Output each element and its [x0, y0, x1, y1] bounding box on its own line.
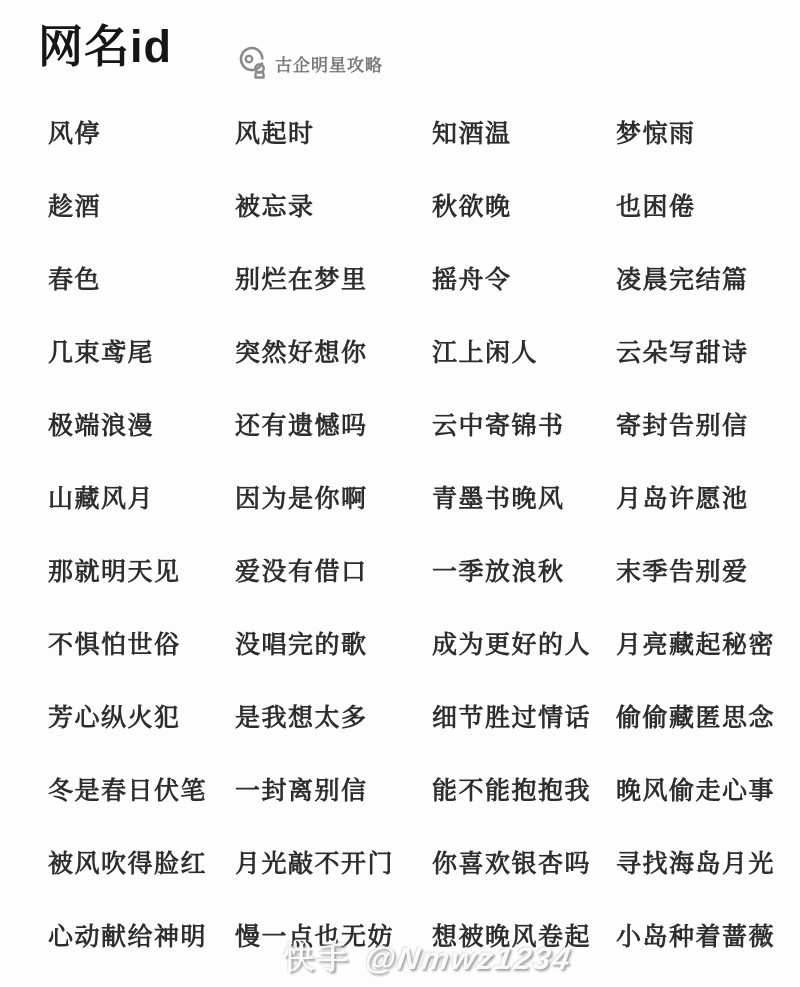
nickname-item: 寄封告别信 — [616, 406, 776, 442]
nickname-item: 因为是你啊 — [235, 479, 432, 515]
nickname-item: 也困倦 — [616, 187, 776, 223]
nickname-item: 江上闲人 — [432, 333, 616, 369]
nickname-item: 想被晚风卷起 — [432, 917, 616, 953]
channel-watermark-label: 古企明星攻略 — [275, 51, 383, 76]
nickname-item: 爱没有借口 — [235, 552, 432, 588]
nickname-item: 青墨书晚风 — [432, 479, 616, 515]
nickname-item: 别烂在梦里 — [235, 260, 432, 296]
nickname-item: 那就明天见 — [48, 552, 235, 588]
nickname-item: 云朵写甜诗 — [616, 333, 776, 369]
nickname-item: 风起时 — [235, 114, 432, 150]
nickname-item: 风停 — [48, 114, 235, 150]
nickname-item: 不惧怕世俗 — [48, 625, 235, 661]
nickname-item: 趁酒 — [48, 187, 235, 223]
nickname-item: 晚风偷走心事 — [616, 771, 776, 807]
nickname-item: 极端浪漫 — [48, 406, 235, 442]
nickname-item: 一封离别信 — [235, 771, 432, 807]
nickname-item: 云中寄锦书 — [432, 406, 616, 442]
nickname-item: 知酒温 — [432, 114, 616, 150]
nickname-item: 心动献给神明 — [48, 917, 235, 953]
nickname-item: 芳心纵火犯 — [48, 698, 235, 734]
nickname-item: 一季放浪秋 — [432, 552, 616, 588]
nickname-item: 慢一点也无妨 — [235, 917, 432, 953]
nickname-grid: 风停 风起时 知酒温 梦惊雨 趁酒 被忘录 秋欲晚 也困倦 春色 别烂在梦里 摇… — [48, 95, 776, 971]
nickname-item: 偷偷藏匿思念 — [616, 698, 776, 734]
nickname-item: 是我想太多 — [235, 698, 432, 734]
nickname-item: 月岛许愿池 — [616, 479, 776, 515]
nickname-item: 梦惊雨 — [616, 114, 776, 150]
nickname-item: 你喜欢银杏吗 — [432, 844, 616, 880]
nickname-item: 小岛种着蔷薇 — [616, 917, 776, 953]
nickname-item: 月光敲不开门 — [235, 844, 432, 880]
nickname-item: 能不能抱抱我 — [432, 771, 616, 807]
disc-avatar-icon — [238, 46, 268, 80]
nickname-item: 冬是春日伏笔 — [48, 771, 235, 807]
channel-watermark: 古企明星攻略 — [238, 46, 383, 80]
nickname-item: 末季告别爱 — [616, 552, 776, 588]
nickname-item: 春色 — [48, 260, 235, 296]
nickname-item: 几束鸢尾 — [48, 333, 235, 369]
nickname-item: 山藏风月 — [48, 479, 235, 515]
nickname-item: 成为更好的人 — [432, 625, 616, 661]
page-title: 网名id — [38, 10, 172, 75]
nickname-item: 被忘录 — [235, 187, 432, 223]
nickname-item: 突然好想你 — [235, 333, 432, 369]
nickname-item: 还有遗憾吗 — [235, 406, 432, 442]
nickname-item: 寻找海岛月光 — [616, 844, 776, 880]
nickname-item: 被风吹得脸红 — [48, 844, 235, 880]
nickname-item: 没唱完的歌 — [235, 625, 432, 661]
nickname-item: 秋欲晚 — [432, 187, 616, 223]
nickname-item: 细节胜过情话 — [432, 698, 616, 734]
nickname-item: 月亮藏起秘密 — [616, 625, 776, 661]
nickname-list-page: { "page": { "title": "网名id" }, "watermar… — [0, 0, 800, 987]
nickname-item: 摇舟令 — [432, 260, 616, 296]
nickname-item: 凌晨完结篇 — [616, 260, 776, 296]
